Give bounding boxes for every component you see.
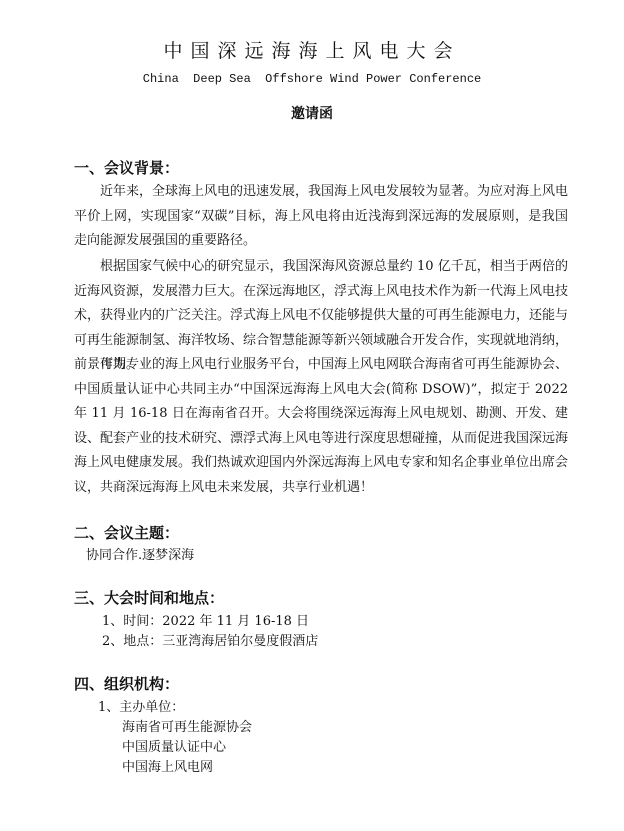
section-organization-heading: 四、组织机构：: [74, 673, 179, 694]
background-paragraph-3: 作为专业的海上风电行业服务平台，中国海上风电网联合海南省可再生能源协会、中国质量…: [74, 353, 568, 500]
organizer-subheading: 1、主办单位：: [98, 696, 184, 715]
time-item: 1、时间：2022 年 11 月 16-18 日: [102, 610, 309, 629]
conference-subtitle: China Deep Sea Offshore Wind Power Confe…: [0, 72, 624, 86]
place-item: 2、地点：三亚湾海居铂尔曼度假酒店: [102, 630, 318, 649]
conference-title: 中国深远海海上风电大会: [0, 36, 624, 63]
section-time-place-heading: 三、大会时间和地点：: [74, 587, 224, 608]
background-paragraph-1: 近年来，全球海上风电的迅速发展，我国海上风电发展较为显著。为应对海上风电平价上网…: [74, 180, 568, 254]
section-theme-heading: 二、会议主题：: [74, 522, 179, 543]
document-type: 邀请函: [0, 103, 624, 123]
organizer-item: 中国质量认证中心: [122, 736, 226, 755]
organizer-item: 海南省可再生能源协会: [122, 716, 252, 735]
section-background-heading: 一、会议背景：: [74, 157, 179, 178]
theme-text: 协同合作.逐梦深海: [86, 544, 194, 563]
organizer-item: 中国海上风电网: [122, 756, 213, 775]
